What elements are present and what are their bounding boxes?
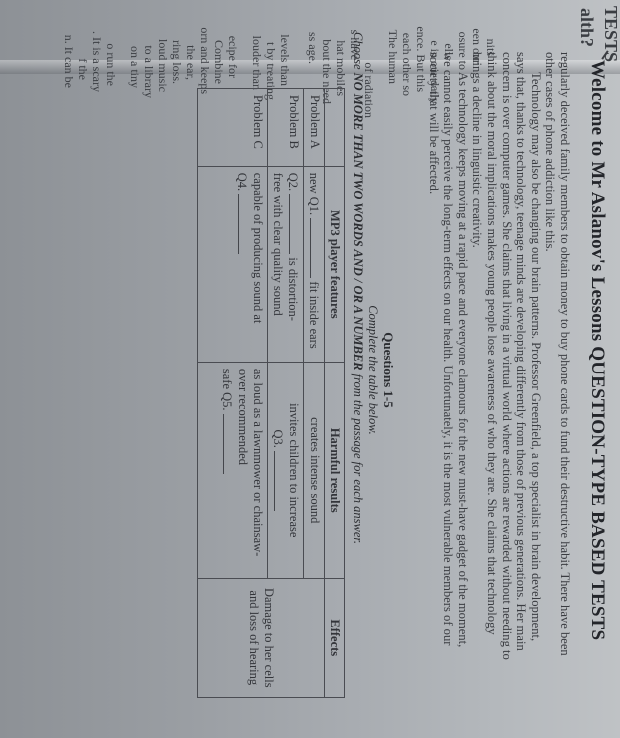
questions-heading: Questions 1-5 (380, 20, 396, 720)
header-effects: Effects (325, 578, 345, 697)
instruction-word-limit: Choose NO MORE THAN TWO WORDS AND / OR A… (350, 32, 365, 712)
header-harmful-results: Harmful results (325, 362, 345, 578)
page-title: Welcome to Mr Aslanov's Lessons QUESTION… (586, 60, 608, 640)
row-label: Problem B (268, 89, 304, 167)
answer-blank-q1[interactable] (310, 218, 322, 278)
passage-paragraph: regularly deceived family members to obt… (543, 52, 572, 662)
result-cell: as loud as a lawnmower or chainsaw- over… (198, 362, 268, 578)
table-row: Problem A new Q1. fit inside ears create… (304, 89, 325, 698)
result-cell: invites children to increase Q3. (268, 362, 304, 578)
result-text: invites children to increase (287, 403, 301, 537)
instruction-complete-table: Complete the table below. (365, 20, 380, 720)
table-header-row: MP3 player features Harmful results Effe… (325, 89, 345, 698)
result-cell: creates intense sound (304, 362, 325, 578)
q5-label: safe Q5. (220, 369, 234, 411)
instruction-word-limit-bold: NO MORE THAN TWO WORDS AND / OR A NUMBER (351, 73, 365, 371)
answer-blank-q4[interactable] (238, 194, 250, 254)
result-text: as loud as a lawnmower or chainsaw- over… (236, 369, 265, 556)
passage-paragraph: As technology keeps moving at a rapid pa… (426, 52, 470, 662)
feature-text: fit inside ears (307, 281, 321, 348)
q3-label: Q3. (271, 429, 285, 447)
answer-blank-q3[interactable] (274, 451, 286, 511)
answer-blank-q2[interactable] (289, 194, 301, 254)
passage-paragraph: Technology may also be changing our brai… (470, 52, 543, 662)
feature-cell: capable of producing sound at Q4. (198, 166, 268, 362)
question-table: MP3 player features Harmful results Effe… (197, 88, 345, 698)
reading-passage: regularly deceived family members to obt… (426, 52, 572, 662)
instruction-suffix: from the passage for each answer. (351, 374, 365, 544)
feature-text: is distortion- (286, 257, 300, 321)
instruction-prefix: Choose (351, 32, 365, 70)
feature-text: free with clear quality sound (271, 173, 285, 316)
row-label: Problem C (198, 89, 268, 167)
header-features: MP3 player features (325, 166, 345, 362)
feature-cell: new Q1. fit inside ears (304, 166, 325, 362)
effects-cell: Damage to her cells and loss of hearing (198, 578, 325, 697)
feature-cell: Q2. is distortion- free with clear quali… (268, 166, 304, 362)
document-page: Welcome to Mr Aslanov's Lessons QUESTION… (20, 20, 620, 720)
header-blank (325, 89, 345, 167)
feature-text: capable of producing sound at (251, 173, 265, 324)
row-label: Problem A (304, 89, 325, 167)
q1-label: new Q1. (307, 173, 321, 215)
answer-blank-q5[interactable] (223, 414, 235, 474)
q4-label: Q4. (235, 173, 249, 191)
q2-label: Q2. (286, 173, 300, 191)
